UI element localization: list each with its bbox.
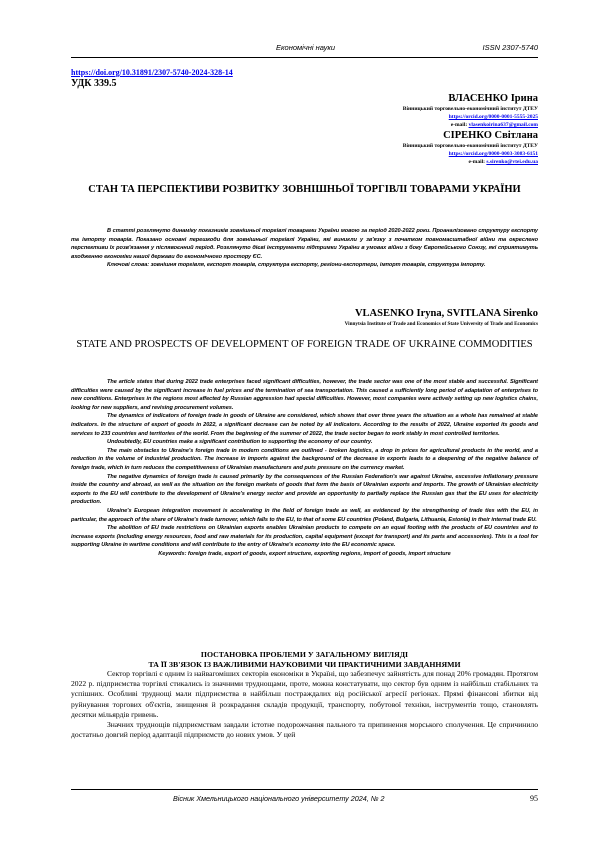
orcid-link[interactable]: https://orcid.org/0000-0003-3083-6151 — [449, 151, 538, 157]
title-ukrainian: СТАН ТА ПЕРСПЕКТИВИ РОЗВИТКУ ЗОВНІШНЬОЇ … — [71, 183, 538, 197]
section-heading-line: ПОСТАНОВКА ПРОБЛЕМИ У ЗАГАЛЬНОМУ ВИГЛЯДІ — [71, 650, 538, 660]
abstract-paragraph: The main obstacles to Ukraine's foreign … — [71, 447, 538, 473]
running-footer: Вісник Хмельницького національного уніве… — [71, 792, 538, 804]
keywords-ukrainian: Ключові слова: зовнішня торгівля, експор… — [71, 261, 538, 270]
email-label: e-mail: — [469, 159, 486, 165]
abstract-paragraph: Undoubtedly, EU countries make a signifi… — [71, 438, 538, 447]
body-paragraph: Сектор торгівлі є одним із найвагоміших … — [71, 669, 538, 720]
body-text: Сектор торгівлі є одним із найвагоміших … — [71, 669, 538, 740]
authors-block-uk: ВЛАСЕНКО Ірина Вінницький торговельно-ек… — [218, 92, 538, 166]
author-names-en: VLASENKO Iryna, SVITLANA Sirenko — [78, 307, 538, 320]
header-issn: ISSN 2307-5740 — [483, 43, 538, 52]
abstract-paragraph: The dynamics of indicators of foreign tr… — [71, 412, 538, 438]
doi-link[interactable]: https://doi.org/10.31891/2307-5740-2024-… — [71, 68, 233, 77]
email-link[interactable]: s.sirenko@vtei.edu.ua — [486, 159, 538, 165]
paper-page: Економічні науки ISSN 2307-5740 https://… — [0, 0, 595, 842]
section-heading: ПОСТАНОВКА ПРОБЛЕМИ У ЗАГАЛЬНОМУ ВИГЛЯДІ… — [71, 650, 538, 670]
orcid-link[interactable]: https://orcid.org/0000-0001-5555-2025 — [449, 114, 538, 120]
title-english: STATE AND PROSPECTS OF DEVELOPMENT OF FO… — [71, 338, 538, 352]
footer-rule — [71, 789, 538, 790]
abstract-paragraph: The article states that during 2022 trad… — [71, 378, 538, 412]
abstract-paragraph: В статті розглянуто динаміку показників … — [71, 227, 538, 261]
author-1: ВЛАСЕНКО Ірина Вінницький торговельно-ек… — [218, 92, 538, 129]
email-link[interactable]: vlasenkoirina637@gmail.com — [469, 122, 538, 128]
body-paragraph: Значних труднощів підприємствам завдали … — [71, 720, 538, 740]
author-name: СІРЕНКО Світлана — [218, 129, 538, 142]
keywords-english: Keywords: foreign trade, export of goods… — [71, 550, 538, 559]
abstract-ukrainian: В статті розглянуто динаміку показників … — [71, 227, 538, 270]
abstract-paragraph: The negative dynamics of foreign trade i… — [71, 473, 538, 507]
author-affiliation: Вінницький торговельно-економічний інсти… — [218, 105, 538, 113]
abstract-paragraph: Ukraine's European integration movement … — [71, 507, 538, 524]
udk-code: УДК 339.5 — [71, 78, 116, 89]
author-name: ВЛАСЕНКО Ірина — [218, 92, 538, 105]
abstract-paragraph: The abolition of EU trade restrictions o… — [71, 524, 538, 550]
header-rule — [71, 57, 538, 58]
email-label: e-mail: — [451, 122, 468, 128]
authors-block-en: VLASENKO Iryna, SVITLANA Sirenko Vinnyts… — [78, 307, 538, 328]
footer-journal: Вісник Хмельницького національного уніве… — [173, 794, 385, 803]
affiliation-en: Vinnytsia Institute of Trade and Economi… — [78, 320, 538, 328]
header-section: Економічні науки — [276, 43, 335, 52]
abstract-english: The article states that during 2022 trad… — [71, 378, 538, 558]
page-number: 95 — [530, 794, 538, 803]
author-affiliation: Вінницький торговельно-економічний інсти… — [218, 142, 538, 150]
author-2: СІРЕНКО Світлана Вінницький торговельно-… — [218, 129, 538, 166]
running-header: Економічні науки ISSN 2307-5740 — [71, 40, 538, 54]
